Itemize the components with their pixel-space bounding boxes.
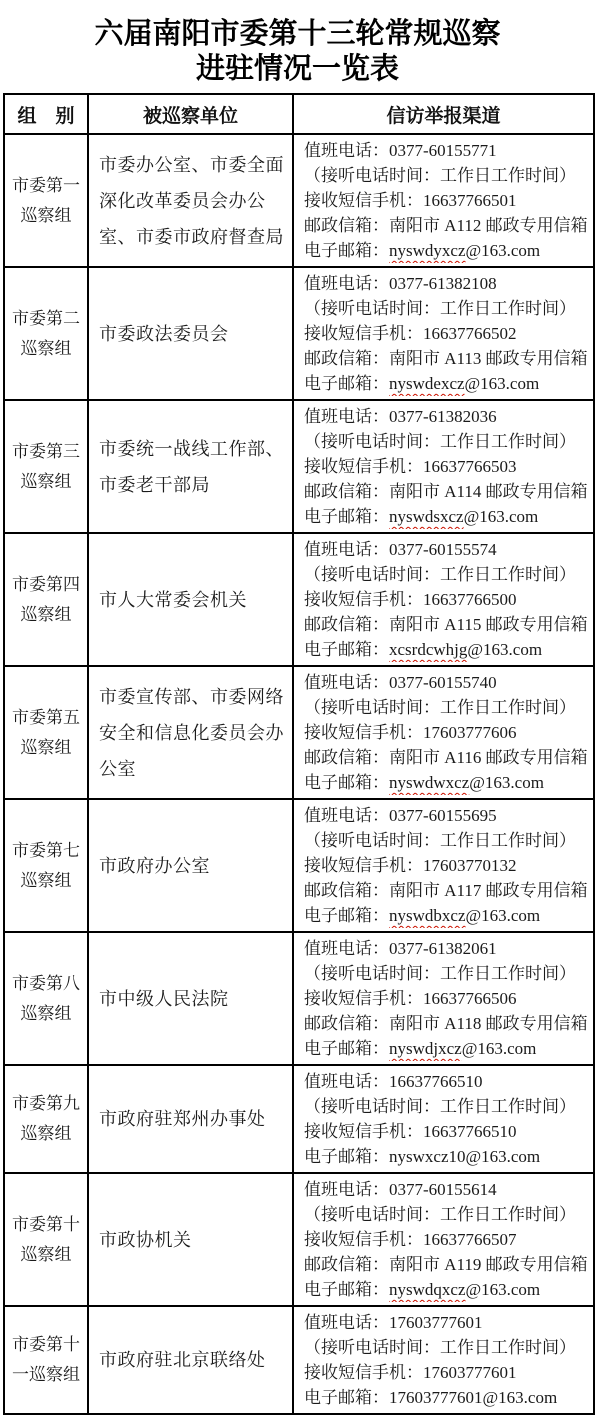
unit-cell: 市委统一战线工作部、市委老干部局 — [88, 400, 293, 533]
page-title: 六届南阳市委第十三轮常规巡察 进驻情况一览表 — [0, 0, 595, 86]
email-label: 电子邮箱： — [304, 374, 389, 393]
email-address-domain: @163.com — [464, 507, 539, 526]
channels-cell: 值班电话：0377-60155614（接听电话时间：工作日工作时间）接收短信手机… — [293, 1173, 594, 1306]
email-address-domain: @163.com — [465, 241, 540, 260]
email-address-user: nyswdqxcz — [389, 1280, 465, 1299]
table-row: 市委第八巡察组 市中级人民法院 值班电话：0377-61382061（接听电话时… — [4, 932, 594, 1065]
channel-line: 值班电话：0377-60155695 — [304, 803, 591, 828]
channel-line: 值班电话：0377-60155771 — [304, 138, 591, 163]
channel-line: 电子邮箱：nyswdexcz@163.com — [304, 371, 591, 396]
page-title-line2: 进驻情况一览表 — [0, 51, 595, 86]
table-row: 市委第十巡察组 市政协机关 值班电话：0377-60155614（接听电话时间：… — [4, 1173, 594, 1306]
table-row: 市委第十一巡察组 市政府驻北京联络处 值班电话：17603777601（接听电话… — [4, 1306, 594, 1414]
group-cell: 市委第十一巡察组 — [4, 1306, 88, 1414]
channel-line: 值班电话：0377-60155614 — [304, 1177, 591, 1202]
group-cell: 市委第五巡察组 — [4, 666, 88, 799]
unit-cell: 市委政法委员会 — [88, 267, 293, 400]
table-row: 市委第二巡察组 市委政法委员会 值班电话：0377-61382108（接听电话时… — [4, 267, 594, 400]
column-header-group: 组 别 — [4, 94, 88, 134]
email-address-user: nyswdjxcz — [389, 1039, 462, 1058]
group-cell: 市委第三巡察组 — [4, 400, 88, 533]
table-row: 市委第一巡察组 市委办公室、市委全面深化改革委员会办公室、市委市政府督查局 值班… — [4, 134, 594, 267]
email-address-user: nyswdbxcz — [389, 906, 465, 925]
channel-line: 值班电话：0377-60155740 — [304, 670, 591, 695]
column-header-channels: 信访举报渠道 — [293, 94, 594, 134]
channel-line: 值班电话：16637766510 — [304, 1069, 591, 1094]
inspection-roster-table: 组 别 被巡察单位 信访举报渠道 市委第一巡察组 市委办公室、市委全面深化改革委… — [3, 93, 595, 1415]
channel-line: 电子邮箱：nyswdqxcz@163.com — [304, 1277, 591, 1302]
channel-line: 电子邮箱：nyswdwxcz@163.com — [304, 770, 591, 795]
table-row: 市委第七巡察组 市政府办公室 值班电话：0377-60155695（接听电话时间… — [4, 799, 594, 932]
channel-line: （接听电话时间：工作日工作时间） — [304, 1335, 591, 1360]
unit-cell: 市政协机关 — [88, 1173, 293, 1306]
email-address-domain: @163.com — [465, 1147, 540, 1166]
channel-line: 接收短信手机：16637766506 — [304, 986, 591, 1011]
email-address-domain: @163.com — [467, 640, 542, 659]
email-address-user: nyswxcz10 — [389, 1147, 465, 1166]
channel-line: 邮政信箱：南阳市 A117 邮政专用信箱 — [304, 878, 591, 903]
channel-line: 值班电话：0377-61382036 — [304, 404, 591, 429]
channel-line: 值班电话：0377-60155574 — [304, 537, 591, 562]
unit-cell: 市政府驻郑州办事处 — [88, 1065, 293, 1173]
email-label: 电子邮箱： — [304, 773, 389, 792]
group-cell: 市委第一巡察组 — [4, 134, 88, 267]
channel-line: （接听电话时间：工作日工作时间） — [304, 296, 591, 321]
channel-line: （接听电话时间：工作日工作时间） — [304, 695, 591, 720]
email-address-domain: @163.com — [465, 1280, 540, 1299]
channel-line: 接收短信手机：16637766510 — [304, 1119, 591, 1144]
table-row: 市委第五巡察组 市委宣传部、市委网络安全和信息化委员会办公室 值班电话：0377… — [4, 666, 594, 799]
unit-cell: 市委宣传部、市委网络安全和信息化委员会办公室 — [88, 666, 293, 799]
unit-cell: 市政府驻北京联络处 — [88, 1306, 293, 1414]
channel-line: 电子邮箱：17603777601@163.com — [304, 1385, 591, 1410]
channels-cell: 值班电话：0377-61382108（接听电话时间：工作日工作时间）接收短信手机… — [293, 267, 594, 400]
channel-line: （接听电话时间：工作日工作时间） — [304, 1202, 591, 1227]
document-page: 六届南阳市委第十三轮常规巡察 进驻情况一览表 组 别 被巡察单位 信访举报渠道 … — [0, 0, 595, 1415]
channel-line: 值班电话：17603777601 — [304, 1310, 591, 1335]
table-row: 市委第三巡察组 市委统一战线工作部、市委老干部局 值班电话：0377-61382… — [4, 400, 594, 533]
channel-line: 接收短信手机：16637766500 — [304, 587, 591, 612]
channel-line: 接收短信手机：17603777601 — [304, 1360, 591, 1385]
channel-line: 接收短信手机：17603777606 — [304, 720, 591, 745]
channel-line: 邮政信箱：南阳市 A115 邮政专用信箱 — [304, 612, 591, 637]
header-row: 组 别 被巡察单位 信访举报渠道 — [4, 94, 594, 134]
channel-line: （接听电话时间：工作日工作时间） — [304, 429, 591, 454]
channel-line: 电子邮箱：nyswdyxcz@163.com — [304, 238, 591, 263]
group-cell: 市委第十巡察组 — [4, 1173, 88, 1306]
channel-line: 值班电话：0377-61382061 — [304, 936, 591, 961]
email-address-user: nyswdsxcz — [389, 507, 464, 526]
channel-line: 电子邮箱：nyswdbxcz@163.com — [304, 903, 591, 928]
email-label: 电子邮箱： — [304, 1280, 389, 1299]
channel-line: （接听电话时间：工作日工作时间） — [304, 828, 591, 853]
email-address-user: nyswdexcz — [389, 374, 465, 393]
channel-line: 值班电话：0377-61382108 — [304, 271, 591, 296]
email-label: 电子邮箱： — [304, 241, 389, 260]
email-address-domain: @163.com — [462, 1039, 537, 1058]
email-address-user: 17603777601 — [389, 1388, 483, 1407]
channel-line: 邮政信箱：南阳市 A119 邮政专用信箱 — [304, 1252, 591, 1277]
channel-line: 接收短信手机：16637766507 — [304, 1227, 591, 1252]
unit-cell: 市政府办公室 — [88, 799, 293, 932]
channel-line: 电子邮箱：nyswdjxcz@163.com — [304, 1036, 591, 1061]
email-address-domain: @163.com — [483, 1388, 558, 1407]
page-title-line1: 六届南阳市委第十三轮常规巡察 — [0, 16, 595, 51]
channel-line: 电子邮箱：xcsrdcwhjg@163.com — [304, 637, 591, 662]
email-address-domain: @163.com — [465, 906, 540, 925]
channel-line: 邮政信箱：南阳市 A116 邮政专用信箱 — [304, 745, 591, 770]
channels-cell: 值班电话：0377-61382061（接听电话时间：工作日工作时间）接收短信手机… — [293, 932, 594, 1065]
email-address-user: nyswdwxcz — [389, 773, 469, 792]
channel-line: 电子邮箱：nyswxcz10@163.com — [304, 1144, 591, 1169]
channel-line: 接收短信手机：16637766503 — [304, 454, 591, 479]
email-address-domain: @163.com — [465, 374, 540, 393]
group-cell: 市委第四巡察组 — [4, 533, 88, 666]
channel-line: 接收短信手机：16637766501 — [304, 188, 591, 213]
channel-line: 邮政信箱：南阳市 A114 邮政专用信箱 — [304, 479, 591, 504]
channels-cell: 值班电话：0377-60155574（接听电话时间：工作日工作时间）接收短信手机… — [293, 533, 594, 666]
group-cell: 市委第八巡察组 — [4, 932, 88, 1065]
unit-cell: 市委办公室、市委全面深化改革委员会办公室、市委市政府督查局 — [88, 134, 293, 267]
email-label: 电子邮箱： — [304, 640, 389, 659]
email-label: 电子邮箱： — [304, 906, 389, 925]
email-address-user: nyswdyxcz — [389, 241, 465, 260]
channel-line: 接收短信手机：17603770132 — [304, 853, 591, 878]
email-address-domain: @163.com — [469, 773, 544, 792]
channels-cell: 值班电话：0377-61382036（接听电话时间：工作日工作时间）接收短信手机… — [293, 400, 594, 533]
channel-line: 电子邮箱：nyswdsxcz@163.com — [304, 504, 591, 529]
channel-line: （接听电话时间：工作日工作时间） — [304, 961, 591, 986]
channels-cell: 值班电话：0377-60155695（接听电话时间：工作日工作时间）接收短信手机… — [293, 799, 594, 932]
channel-line: 邮政信箱：南阳市 A112 邮政专用信箱 — [304, 213, 591, 238]
channel-line: 邮政信箱：南阳市 A113 邮政专用信箱 — [304, 346, 591, 371]
email-label: 电子邮箱： — [304, 1039, 389, 1058]
channel-line: （接听电话时间：工作日工作时间） — [304, 1094, 591, 1119]
email-label: 电子邮箱： — [304, 1147, 389, 1166]
email-label: 电子邮箱： — [304, 1388, 389, 1407]
channels-cell: 值班电话：17603777601（接听电话时间：工作日工作时间）接收短信手机：1… — [293, 1306, 594, 1414]
channel-line: （接听电话时间：工作日工作时间） — [304, 163, 591, 188]
column-header-unit: 被巡察单位 — [88, 94, 293, 134]
table-row: 市委第九巡察组 市政府驻郑州办事处 值班电话：16637766510（接听电话时… — [4, 1065, 594, 1173]
channels-cell: 值班电话：0377-60155740（接听电话时间：工作日工作时间）接收短信手机… — [293, 666, 594, 799]
channels-cell: 值班电话：16637766510（接听电话时间：工作日工作时间）接收短信手机：1… — [293, 1065, 594, 1173]
table-row: 市委第四巡察组 市人大常委会机关 值班电话：0377-60155574（接听电话… — [4, 533, 594, 666]
channel-line: （接听电话时间：工作日工作时间） — [304, 562, 591, 587]
group-cell: 市委第七巡察组 — [4, 799, 88, 932]
unit-cell: 市人大常委会机关 — [88, 533, 293, 666]
group-cell: 市委第二巡察组 — [4, 267, 88, 400]
unit-cell: 市中级人民法院 — [88, 932, 293, 1065]
email-address-user: xcsrdcwhjg — [389, 640, 467, 659]
email-label: 电子邮箱： — [304, 507, 389, 526]
channel-line: 接收短信手机：16637766502 — [304, 321, 591, 346]
channels-cell: 值班电话：0377-60155771（接听电话时间：工作日工作时间）接收短信手机… — [293, 134, 594, 267]
group-cell: 市委第九巡察组 — [4, 1065, 88, 1173]
channel-line: 邮政信箱：南阳市 A118 邮政专用信箱 — [304, 1011, 591, 1036]
